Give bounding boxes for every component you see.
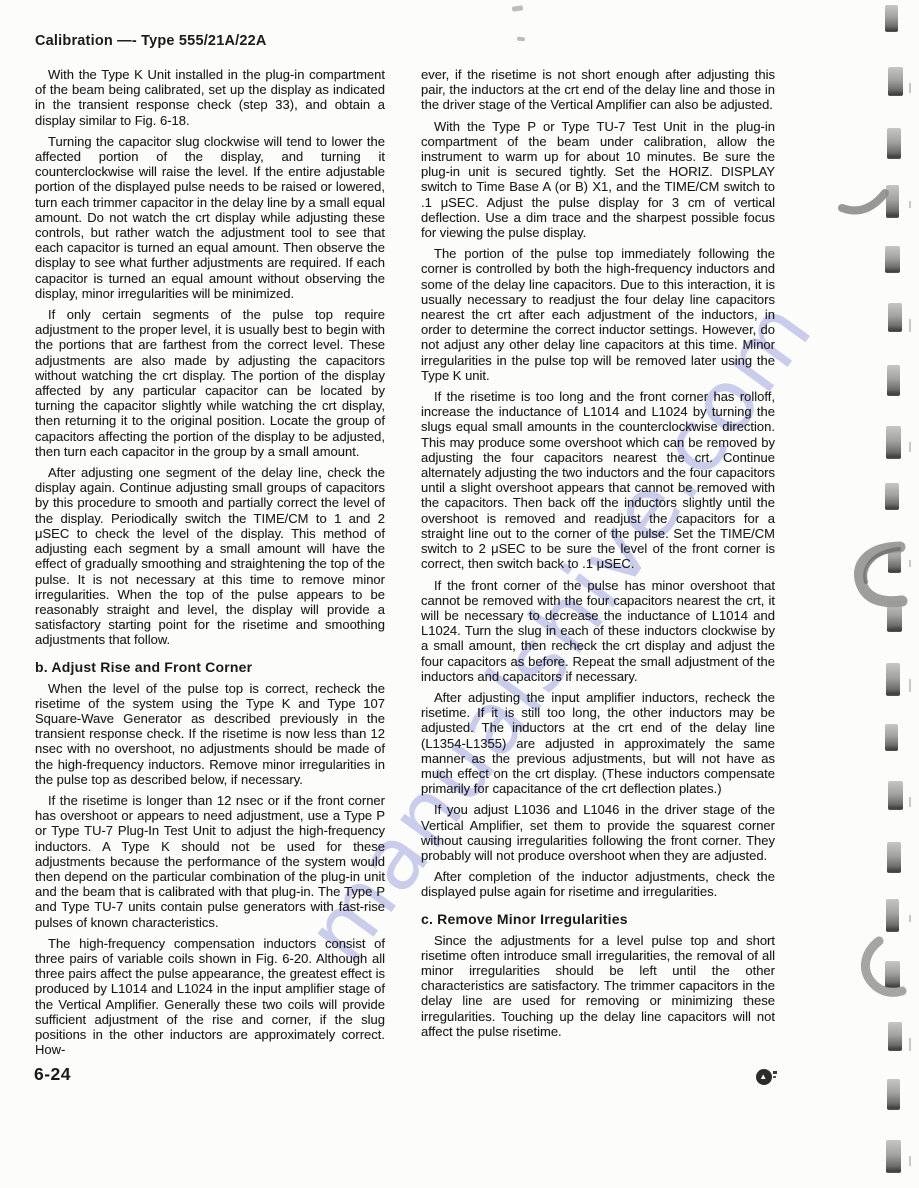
binding-tick <box>909 1038 911 1051</box>
paragraph: With the Type P or Type TU-7 Test Unit i… <box>421 119 775 241</box>
page-header-title: Calibration —- Type 555/21A/22A <box>35 33 267 49</box>
paragraph: If the risetime is longer than 12 nsec o… <box>35 793 385 930</box>
text-columns: With the Type K Unit installed in the pl… <box>35 67 775 1057</box>
binding-mark <box>888 67 903 96</box>
binding-mark <box>887 601 902 632</box>
paragraph: If the risetime is too long and the fron… <box>421 389 775 571</box>
binding-mark <box>886 899 899 932</box>
binding-mark <box>886 426 901 459</box>
publisher-logo-icon: ▲ <box>756 1069 772 1085</box>
paragraph: ever, if the risetime is not short enoug… <box>421 67 775 113</box>
binding-tick <box>909 83 911 93</box>
binding-tick <box>909 201 911 208</box>
paragraph: After completion of the inductor adjustm… <box>421 869 775 899</box>
binding-mark <box>885 5 898 32</box>
paragraph: If you adjust L1036 and L1046 in the dri… <box>421 802 775 863</box>
triangle-icon: ▲ <box>759 1072 767 1082</box>
page-number: 6-24 <box>34 1064 71 1085</box>
scan-speck <box>512 5 524 11</box>
binding-tick <box>909 442 911 452</box>
binding-mark <box>885 961 900 988</box>
paragraph: Since the adjustments for a level pulse … <box>421 933 775 1039</box>
binding-mark <box>885 483 899 510</box>
scan-speck <box>517 37 525 42</box>
section-heading-c: c. Remove Minor Irregularities <box>421 911 775 927</box>
binding-mark <box>888 544 901 573</box>
binding-mark <box>887 842 901 873</box>
binding-mark <box>885 724 898 751</box>
binding-mark <box>885 246 900 273</box>
paragraph: After adjusting one segment of the delay… <box>35 465 385 647</box>
right-column: ever, if the risetime is not short enoug… <box>421 67 775 1057</box>
manual-page: manualshive.com Calibration —- Type 555/… <box>0 0 919 1188</box>
paragraph: When the level of the pulse top is corre… <box>35 681 385 787</box>
binding-mark <box>886 1140 901 1173</box>
binding-tick <box>909 797 911 807</box>
paragraph: Turning the capacitor slug clockwise wil… <box>35 134 385 301</box>
logo-registered-mark-2 <box>773 1076 776 1078</box>
paragraph: If only certain segments of the pulse to… <box>35 307 385 459</box>
logo-registered-mark <box>773 1071 777 1074</box>
curl-swoosh-icon <box>859 547 902 602</box>
binding-tick <box>909 679 911 692</box>
paragraph: The high-frequency compensation inductor… <box>35 936 385 1058</box>
curl-swoosh-icon <box>865 549 899 582</box>
section-heading-b: b. Adjust Rise and Front Corner <box>35 659 385 675</box>
binding-mark <box>886 185 899 218</box>
binding-tick <box>909 915 911 922</box>
paragraph: With the Type K Unit installed in the pl… <box>35 67 385 128</box>
binding-mark <box>887 128 901 159</box>
binding-mark <box>886 663 900 696</box>
binding-tick <box>909 560 911 567</box>
curl-swoosh-icon <box>865 941 902 992</box>
curl-swoosh-icon <box>842 193 885 210</box>
binding-mark <box>888 1022 902 1051</box>
binding-tick <box>909 319 911 332</box>
paragraph: After adjusting the input amplifier indu… <box>421 690 775 796</box>
paragraph: The portion of the pulse top immediately… <box>421 246 775 383</box>
binding-mark <box>887 1079 900 1110</box>
binding-mark <box>887 365 900 396</box>
left-column: With the Type K Unit installed in the pl… <box>35 67 385 1057</box>
binding-tick <box>909 1156 911 1166</box>
paragraph: If the front corner of the pulse has min… <box>421 578 775 684</box>
binding-mark <box>888 781 903 810</box>
binding-mark <box>888 303 902 332</box>
